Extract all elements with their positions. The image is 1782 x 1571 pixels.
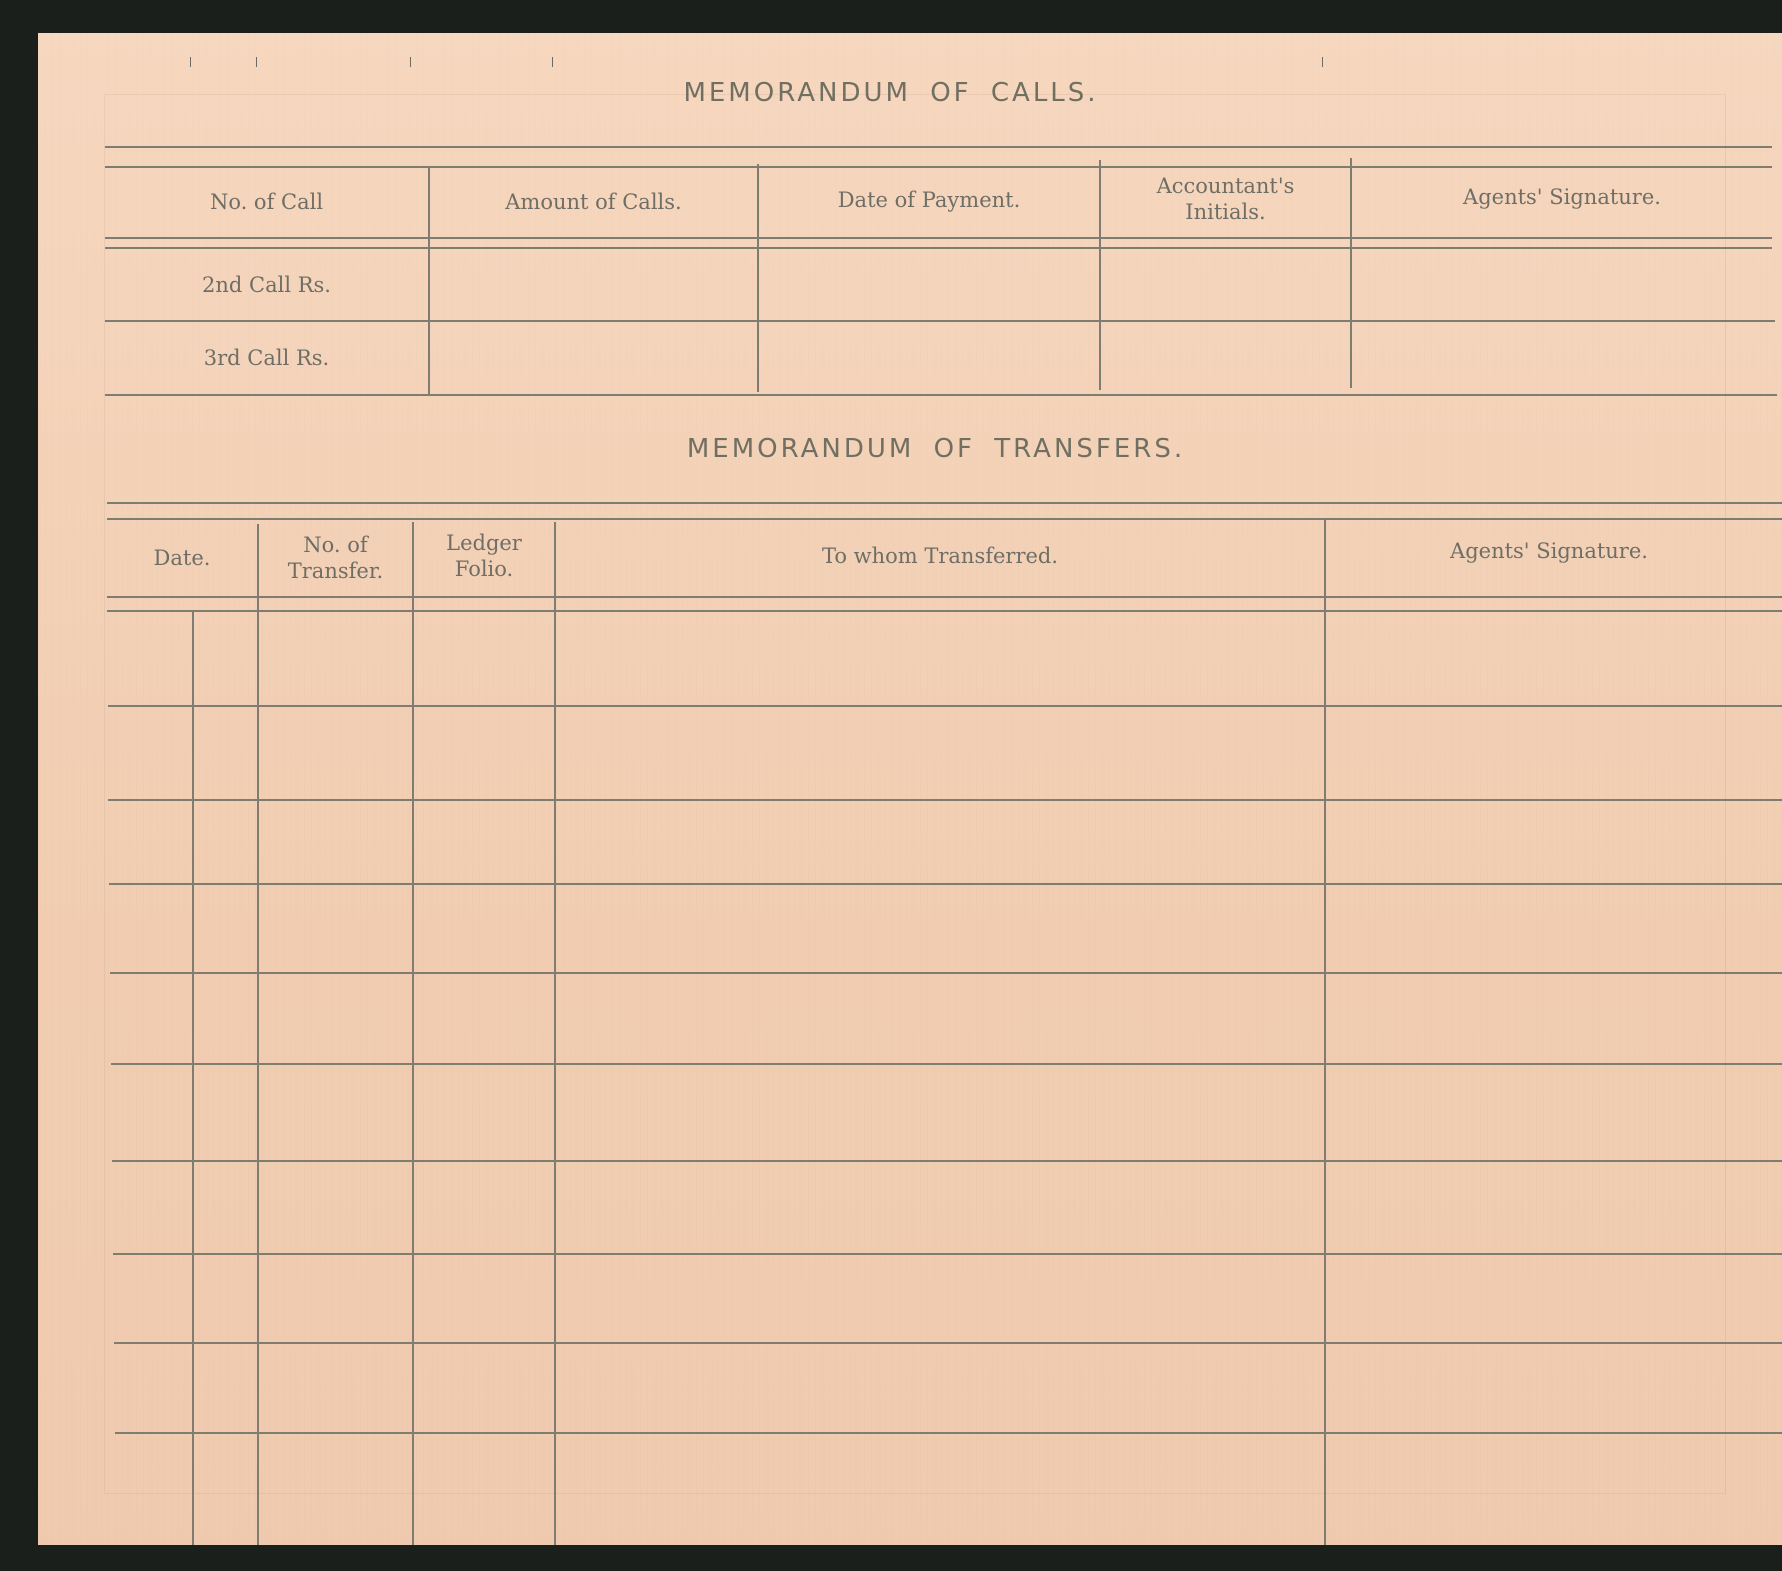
col-header-agents-signature: Agents' Signature. <box>1352 162 1772 232</box>
amount-cell[interactable] <box>430 322 757 394</box>
transfers-title: MEMORANDUM OF TRANSFERS. <box>45 434 1782 464</box>
col-header-to-whom-transferred: To whom Transferred. <box>556 520 1324 592</box>
amount-cell[interactable] <box>430 249 757 320</box>
edge-tick <box>410 57 411 67</box>
row-label-3rd-call: 3rd Call Rs. <box>105 322 428 394</box>
transfer-row[interactable] <box>113 1255 1782 1342</box>
rule <box>105 237 1772 239</box>
col-header-no-of-call: No. of Call <box>105 168 428 236</box>
transfer-row[interactable] <box>108 707 1782 799</box>
transfer-row[interactable] <box>111 1065 1782 1160</box>
edge-tick <box>256 57 257 67</box>
edge-tick <box>552 57 553 67</box>
date-cell[interactable] <box>759 322 1099 394</box>
date-cell[interactable] <box>759 249 1099 320</box>
signature-cell[interactable] <box>1352 322 1772 394</box>
transfer-row[interactable] <box>109 885 1782 972</box>
edge-tick <box>1322 57 1323 67</box>
initials-cell[interactable] <box>1101 322 1350 394</box>
rule <box>105 394 1777 396</box>
col-header-ledger-folio: Ledger Folio. <box>414 520 554 592</box>
col-header-date-of-payment: Date of Payment. <box>759 166 1099 234</box>
col-header-date: Date. <box>107 522 257 594</box>
rule <box>105 146 1772 148</box>
rule <box>107 596 1782 598</box>
col-header-no-of-transfer: No. of Transfer. <box>259 522 412 594</box>
rule <box>107 502 1782 504</box>
calls-title: MEMORANDUM OF CALLS. <box>0 78 1782 108</box>
transfer-row[interactable] <box>110 974 1782 1063</box>
signature-cell[interactable] <box>1352 249 1772 320</box>
transfer-row[interactable] <box>112 1162 1782 1253</box>
transfer-row[interactable] <box>108 801 1782 883</box>
col-header-agents-signature: Agents' Signature. <box>1326 516 1772 586</box>
transfer-row[interactable] <box>107 612 1782 705</box>
transfer-row[interactable] <box>115 1434 1782 1545</box>
col-header-amount: Amount of Calls. <box>430 168 757 236</box>
edge-tick <box>190 57 191 67</box>
transfer-row[interactable] <box>114 1344 1782 1432</box>
col-header-accountants-initials: Accountant's Initials. <box>1101 164 1350 234</box>
row-label-2nd-call: 2nd Call Rs. <box>105 249 428 320</box>
initials-cell[interactable] <box>1101 249 1350 320</box>
